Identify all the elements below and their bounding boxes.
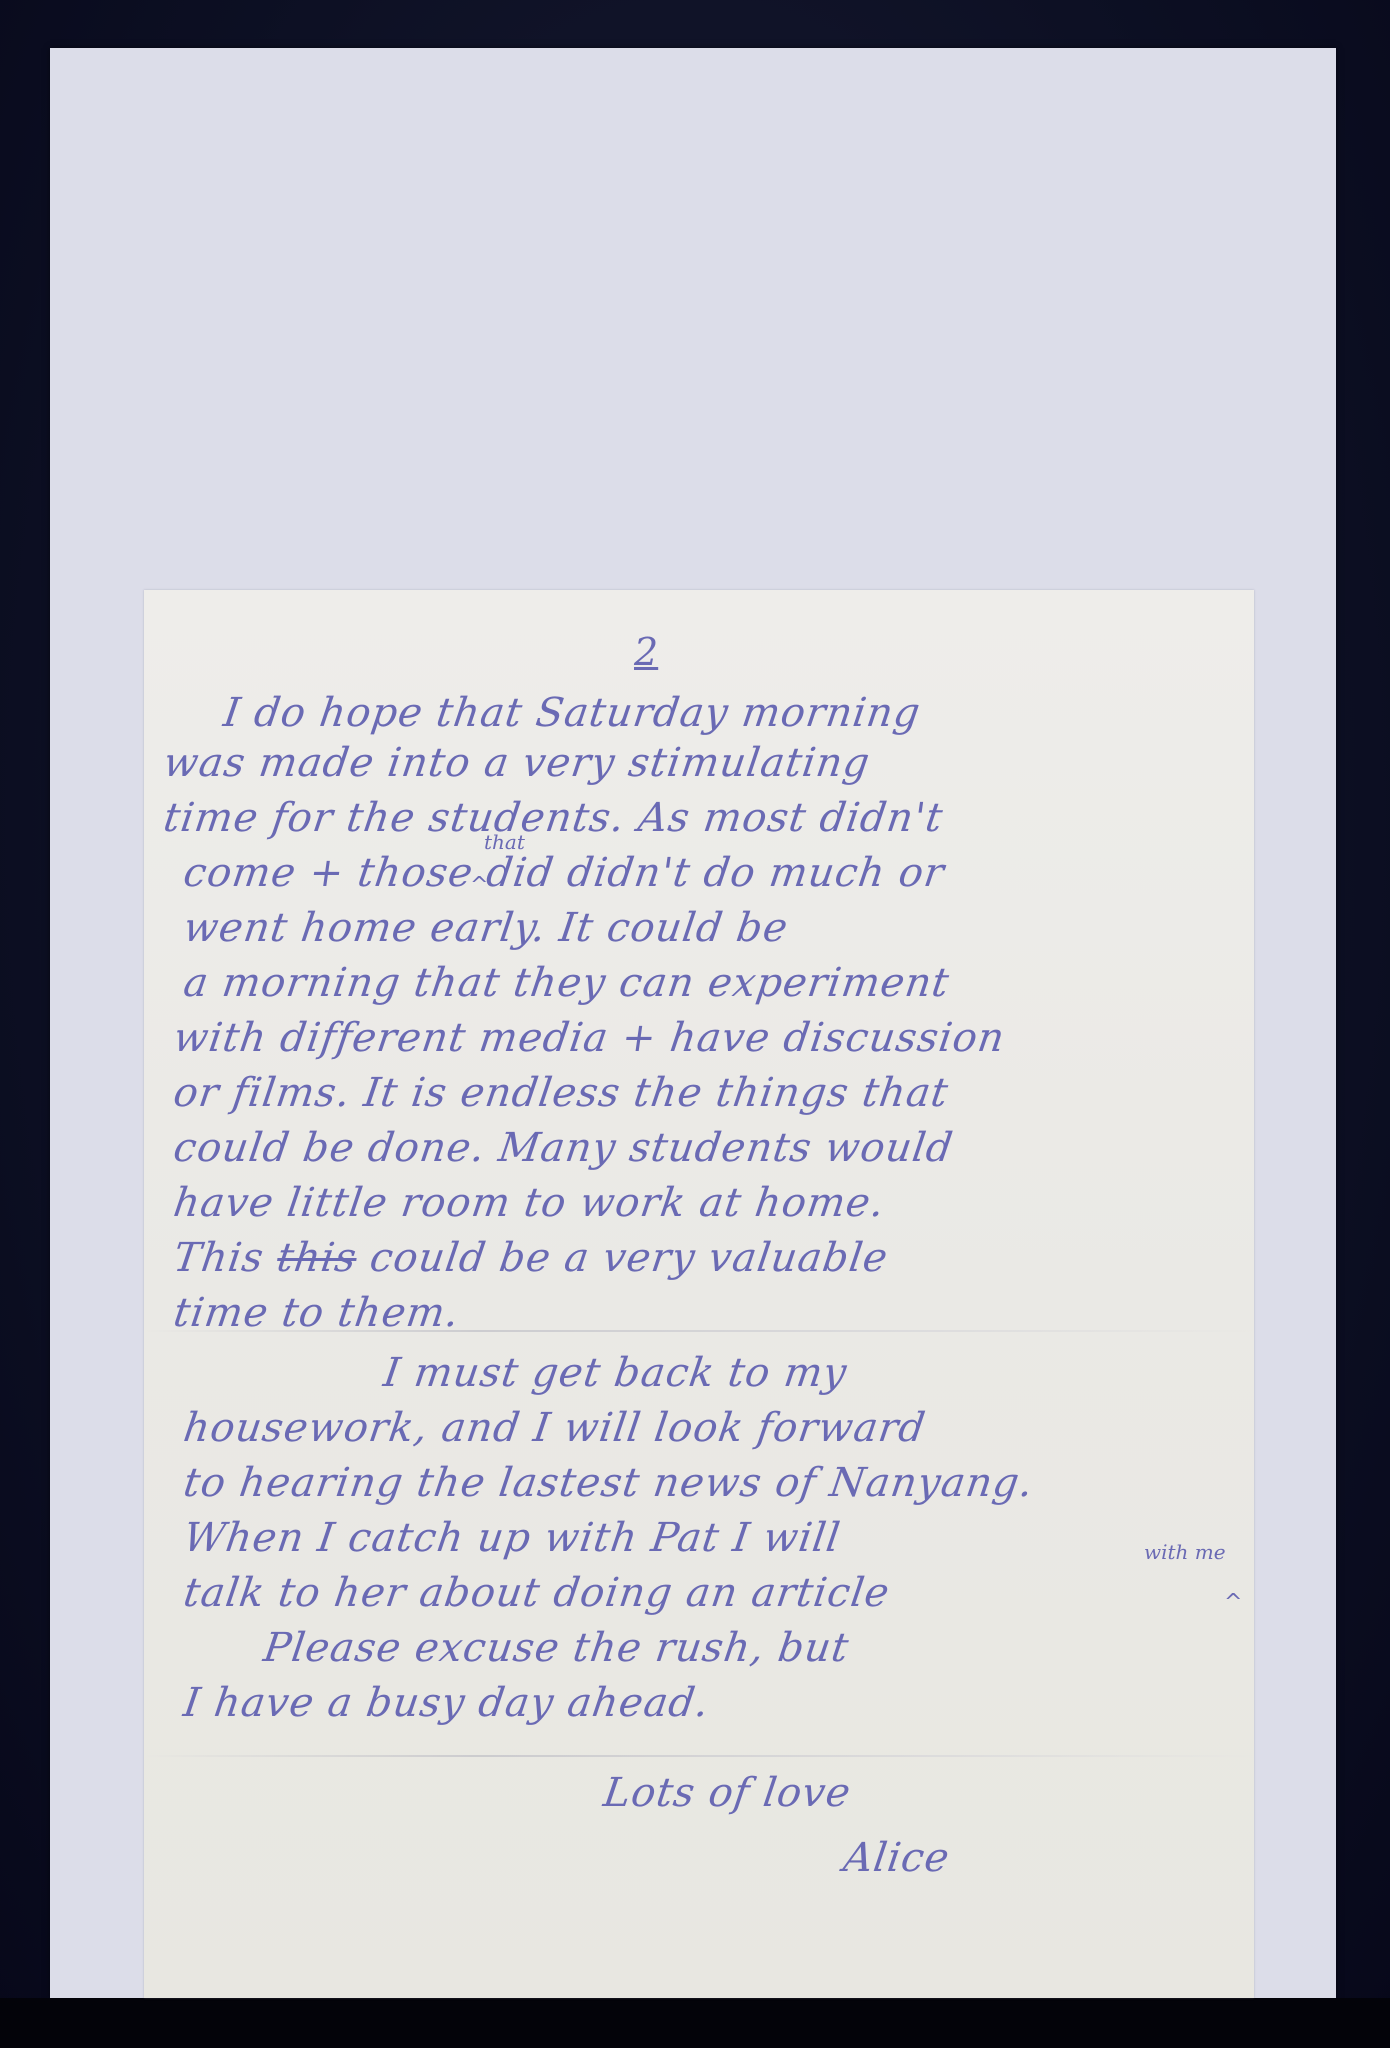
paper-fold-line: [144, 1755, 1254, 1757]
letter-line-2: was made into a very stimulating: [161, 740, 873, 786]
letter-line-4: come + those did didn't do much or: [181, 850, 948, 896]
letter-line-13: I must get back to my: [381, 1350, 850, 1396]
insert-with-me: with me: [1144, 1540, 1226, 1564]
letter-line-3: time for the students. As most didn't: [161, 795, 946, 841]
letter-line-12: time to them.: [171, 1290, 463, 1336]
line-11-start: This: [171, 1235, 267, 1281]
signature: Alice: [841, 1835, 953, 1881]
letter-line-10: have little room to work at home.: [171, 1180, 888, 1226]
closing: Lots of love: [601, 1770, 854, 1816]
scan-bottom-band: [0, 1998, 1390, 2048]
letter-line-18: Please excuse the rush, but: [261, 1625, 852, 1671]
letter-line-15: to hearing the lastest news of Nanyang.: [181, 1460, 1037, 1506]
letter-line-14: housework, and I will look forward: [181, 1405, 929, 1451]
letter-page: 2 I do hope that Saturday morning was ma…: [144, 590, 1254, 1998]
letter-line-8: or films. It is endless the things that: [171, 1070, 952, 1116]
struck-word: this: [274, 1235, 360, 1281]
letter-line-6: a morning that they can experiment: [181, 960, 953, 1006]
letter-line-1: I do hope that Saturday morning: [221, 690, 924, 736]
page-number: 2: [634, 630, 658, 674]
insert-caret: ^: [1224, 1590, 1242, 1615]
letter-line-7: with different media + have discussion: [171, 1015, 1008, 1061]
letter-line-17: talk to her about doing an article: [181, 1570, 893, 1616]
letter-line-5: went home early. It could be: [181, 905, 791, 951]
letter-line-16: When I catch up with Pat I will: [181, 1515, 844, 1561]
letter-line-9: could be done. Many students would: [171, 1125, 956, 1171]
letter-line-11: This this could be a very valuable: [171, 1235, 891, 1281]
letter-line-19: I have a busy day ahead.: [181, 1680, 713, 1726]
line-11-rest: could be a very valuable: [367, 1235, 891, 1281]
